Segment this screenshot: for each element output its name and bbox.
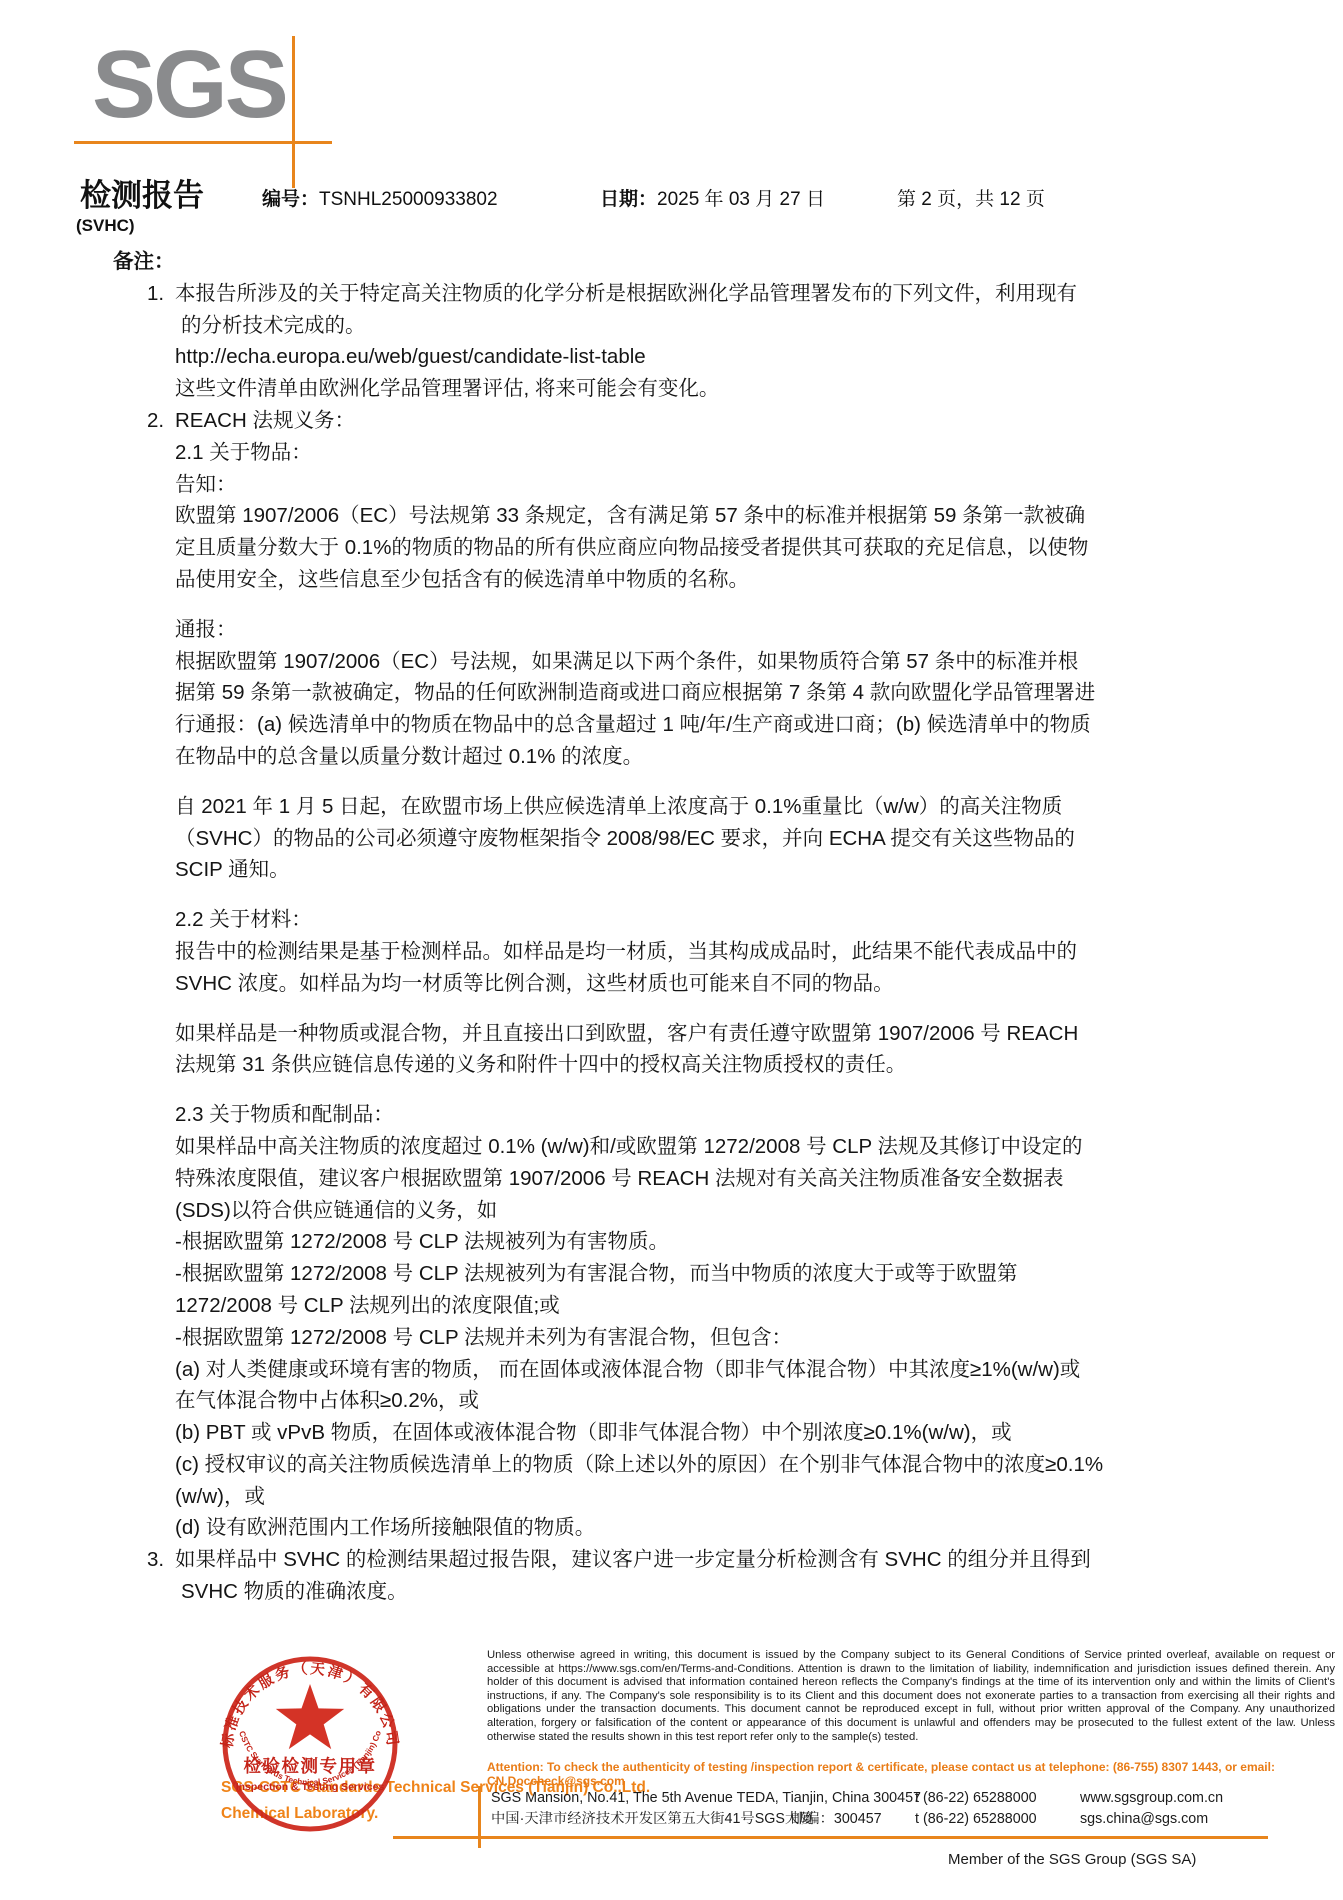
body-line-text: REACH 法规义务： (175, 409, 355, 432)
body-line-text: (w/w)，或 (175, 1485, 265, 1508)
body-line-text: SVHC 浓度。如样品为均一材质等比例合测，这些材质也可能来自不同的物品。 (175, 972, 894, 995)
body-line (0, 886, 1343, 904)
address-crop-mark-vertical (478, 1786, 481, 1848)
body-line-text: 的分析技术完成的。 (181, 314, 366, 337)
body-line-text: 根据欧盟第 1907/2006（EC）号法规，如果满足以下两个条件，如果物质符合… (175, 650, 1078, 673)
body-line: (w/w)，或 (175, 1481, 1343, 1513)
body-line-text: -根据欧盟第 1272/2008 号 CLP 法规被列为有害混合物，而当中物质的… (175, 1262, 1018, 1285)
body-line: 自 2021 年 1 月 5 日起，在欧盟市场上供应候选清单上浓度高于 0.1%… (175, 791, 1343, 823)
list-number: 3. (147, 1544, 175, 1576)
notes-body: 备注：1.本报告所涉及的关于特定高关注物质的化学分析是根据欧洲化学品管理署发布的… (0, 246, 1343, 1608)
page-indicator: 第 2 页，共 12 页 (897, 184, 1045, 211)
body-line-text: SVHC 物质的准确浓度。 (181, 1580, 408, 1603)
address-block: SGS Mansion, No.41, The 5th Avenue TEDA,… (491, 1788, 1335, 1830)
body-line-text: (SDS)以符合供应链通信的义务，如 (175, 1199, 497, 1222)
body-line: SVHC 物质的准确浓度。 (181, 1576, 1343, 1608)
logo-crop-mark-horizontal (74, 141, 332, 144)
body-line-text: 特殊浓度限值，建议客户根据欧盟第 1907/2006 号 REACH 法规对有关… (175, 1167, 1063, 1190)
body-line: 告知： (175, 469, 1343, 501)
report-date-value: 2025 年 03 月 27 日 (657, 189, 825, 210)
report-number: 编号：TSNHL25000933802 (262, 184, 498, 211)
body-line-text: 如果样品中 SVHC 的检测结果超过报告限，建议客户进一步定量分析检测含有 SV… (175, 1548, 1091, 1571)
sgs-group-member-note: Member of the SGS Group (SGS SA) (948, 1851, 1196, 1868)
body-line: 这些文件清单由欧洲化学品管理署评估, 将来可能会有变化。 (175, 373, 1343, 405)
body-line: 2.REACH 法规义务： (147, 405, 1343, 437)
body-line: 的分析技术完成的。 (181, 310, 1343, 342)
body-line-text: 法规第 31 条供应链信息传递的义务和附件十四中的授权高关注物质授权的责任。 (175, 1053, 906, 1076)
body-line: 欧盟第 1907/2006（EC）号法规第 33 条规定，含有满足第 57 条中… (175, 500, 1343, 532)
body-line: 备注： (113, 246, 1343, 278)
logo-crop-mark-vertical (292, 36, 295, 188)
body-line-text: 据第 59 条第一款被确定，物品的任何欧洲制造商或进口商应根据第 7 条第 4 … (175, 681, 1095, 704)
footer-crop-mark-horizontal (393, 1836, 1268, 1839)
body-line-text: 品使用安全，这些信息至少包括含有的候选清单中物质的名称。 (175, 568, 749, 591)
body-line: 在气体混合物中占体积≥0.2%，或 (175, 1385, 1343, 1417)
body-line-text: (b) PBT 或 vPvB 物质，在固体或液体混合物（即非气体混合物）中个别浓… (175, 1421, 1012, 1444)
email: sgs.china@sgs.com (1080, 1809, 1208, 1830)
body-line-text: 2.3 关于物质和配制品： (175, 1103, 394, 1126)
stamp-star-icon (276, 1684, 344, 1749)
body-line: 据第 59 条第一款被确定，物品的任何欧洲制造商或进口商应根据第 7 条第 4 … (175, 677, 1343, 709)
body-line: SCIP 通知。 (175, 854, 1343, 886)
authenticity-attention-note: Attention: To check the authenticity of … (487, 1760, 1337, 1788)
report-number-value: TSNHL25000933802 (319, 189, 498, 210)
body-line: 行通报：(a) 候选清单中的物质在物品中的总含量超过 1 吨/年/生产商或进口商… (175, 709, 1343, 741)
body-line-text: 在气体混合物中占体积≥0.2%，或 (175, 1389, 479, 1412)
report-date-label: 日期： (600, 189, 657, 210)
sgs-logo: SGS (92, 30, 286, 140)
body-line-text: 如果样品中高关注物质的浓度超过 0.1% (w/w)和/或欧盟第 1272/20… (175, 1135, 1082, 1158)
body-line-text: http://echa.europa.eu/web/guest/candidat… (175, 345, 646, 368)
body-line: 品使用安全，这些信息至少包括含有的候选清单中物质的名称。 (175, 564, 1343, 596)
body-line-text: 如果样品是一种物质或混合物，并且直接出口到欧盟，客户有责任遵守欧盟第 1907/… (175, 1022, 1078, 1045)
address-row-cn: 中国·天津市经济技术开发区第五大街41号SGS大厦邮编：300457 t (86… (491, 1809, 1335, 1830)
body-line-text: SCIP 通知。 (175, 858, 290, 881)
body-line-text: 定且质量分数大于 0.1%的物质的物品的所有供应商应向物品接受者提供其可获取的充… (175, 536, 1088, 559)
body-line: 2.3 关于物质和配制品： (175, 1099, 1343, 1131)
body-line: 2.1 关于物品： (175, 437, 1343, 469)
body-line-text: -根据欧盟第 1272/2008 号 CLP 法规被列为有害物质。 (175, 1230, 669, 1253)
address-cn: 中国·天津市经济技术开发区第五大街41号SGS大厦 (491, 1809, 791, 1830)
body-line: 2.2 关于材料： (175, 904, 1343, 936)
body-line: SVHC 浓度。如样品为均一材质等比例合测，这些材质也可能来自不同的物品。 (175, 968, 1343, 1000)
report-subtitle: (SVHC) (76, 216, 135, 236)
body-line-text: 报告中的检测结果是基于检测样品。如样品是均一材质，当其构成成品时，此结果不能代表… (175, 940, 1077, 963)
body-line-text: 自 2021 年 1 月 5 日起，在欧盟市场上供应候选清单上浓度高于 0.1%… (175, 795, 1062, 818)
body-line (0, 596, 1343, 614)
phone-1: t (86-22) 65288000 (915, 1788, 1080, 1809)
body-line-text: 在物品中的总含量以质量分数计超过 0.1% 的浓度。 (175, 745, 643, 768)
body-line: 在物品中的总含量以质量分数计超过 0.1% 的浓度。 (175, 741, 1343, 773)
list-number: 2. (147, 405, 175, 437)
body-line: 根据欧盟第 1907/2006（EC）号法规，如果满足以下两个条件，如果物质符合… (175, 646, 1343, 678)
body-line: 特殊浓度限值，建议客户根据欧盟第 1907/2006 号 REACH 法规对有关… (175, 1163, 1343, 1195)
body-line: -根据欧盟第 1272/2008 号 CLP 法规被列为有害物质。 (175, 1226, 1343, 1258)
body-line: 法规第 31 条供应链信息传递的义务和附件十四中的授权高关注物质授权的责任。 (175, 1049, 1343, 1081)
body-line-text: 1272/2008 号 CLP 法规列出的浓度限值;或 (175, 1294, 560, 1317)
body-line: 报告中的检测结果是基于检测样品。如样品是均一材质，当其构成成品时，此结果不能代表… (175, 936, 1343, 968)
body-line-text: 这些文件清单由欧洲化学品管理署评估, 将来可能会有变化。 (175, 377, 719, 400)
body-line-text: 通报： (175, 618, 237, 641)
report-title: 检测报告 (80, 170, 204, 215)
body-line-text: (a) 对人类健康或环境有害的物质， 而在固体或液体混合物（即非气体混合物）中其… (175, 1358, 1080, 1381)
body-line: (d) 设有欧洲范围内工作场所接触限值的物质。 (175, 1512, 1343, 1544)
body-line: http://echa.europa.eu/web/guest/candidat… (175, 341, 1343, 373)
body-line-text: 2.1 关于物品： (175, 441, 312, 464)
phone-2: t (86-22) 65288000 (915, 1809, 1080, 1830)
body-line (0, 1081, 1343, 1099)
body-line (0, 773, 1343, 791)
body-line-text: （SVHC）的物品的公司必须遵守废物框架指令 2008/98/EC 要求，并向 … (175, 827, 1075, 850)
body-line: 1.本报告所涉及的关于特定高关注物质的化学分析是根据欧洲化学品管理署发布的下列文… (147, 278, 1343, 310)
body-line-text: 告知： (175, 473, 237, 496)
legal-disclaimer: Unless otherwise agreed in writing, this… (487, 1649, 1335, 1744)
body-line: 3.如果样品中 SVHC 的检测结果超过报告限，建议客户进一步定量分析检测含有 … (147, 1544, 1343, 1576)
body-line-text: 2.2 关于材料： (175, 908, 312, 931)
body-line: 如果样品中高关注物质的浓度超过 0.1% (w/w)和/或欧盟第 1272/20… (175, 1131, 1343, 1163)
body-line-text: (d) 设有欧洲范围内工作场所接触限值的物质。 (175, 1516, 595, 1539)
report-number-label: 编号： (262, 189, 319, 210)
body-line: （SVHC）的物品的公司必须遵守废物框架指令 2008/98/EC 要求，并向 … (175, 823, 1343, 855)
body-line-text: (c) 授权审议的高关注物质候选清单上的物质（除上述以外的原因）在个别非气体混合… (175, 1453, 1103, 1476)
body-line-text: 行通报：(a) 候选清单中的物质在物品中的总含量超过 1 吨/年/生产商或进口商… (175, 713, 1091, 736)
body-line: 定且质量分数大于 0.1%的物质的物品的所有供应商应向物品接受者提供其可获取的充… (175, 532, 1343, 564)
body-line: -根据欧盟第 1272/2008 号 CLP 法规被列为有害混合物，而当中物质的… (175, 1258, 1343, 1290)
body-line: (a) 对人类健康或环境有害的物质， 而在固体或液体混合物（即非气体混合物）中其… (175, 1354, 1343, 1386)
body-line-text: 本报告所涉及的关于特定高关注物质的化学分析是根据欧洲化学品管理署发布的下列文件，… (175, 282, 1077, 305)
body-line-text: 备注： (113, 250, 175, 273)
body-line: 如果样品是一种物质或混合物，并且直接出口到欧盟，客户有责任遵守欧盟第 1907/… (175, 1018, 1343, 1050)
address-row-en: SGS Mansion, No.41, The 5th Avenue TEDA,… (491, 1788, 1335, 1809)
report-page: SGS 检测报告 (SVHC) 编号：TSNHL25000933802 日期：2… (0, 0, 1343, 1900)
address-en: SGS Mansion, No.41, The 5th Avenue TEDA,… (491, 1788, 915, 1809)
list-number: 1. (147, 278, 175, 310)
report-date: 日期：2025 年 03 月 27 日 (600, 184, 825, 211)
body-line: (SDS)以符合供应链通信的义务，如 (175, 1195, 1343, 1227)
inspection-stamp: 标准技术服务（天津）有限公司 检验检测专用章 Inspection & Test… (215, 1652, 405, 1837)
body-line-text: 欧盟第 1907/2006（EC）号法规第 33 条规定，含有满足第 57 条中… (175, 504, 1085, 527)
body-line-text: -根据欧盟第 1272/2008 号 CLP 法规并未列为有害混合物，但包含： (175, 1326, 792, 1349)
body-line: 1272/2008 号 CLP 法规列出的浓度限值;或 (175, 1290, 1343, 1322)
website: www.sgsgroup.com.cn (1080, 1788, 1223, 1809)
body-line (0, 1000, 1343, 1018)
postcode: 邮编：300457 (791, 1809, 882, 1830)
address-cn-wrap: 中国·天津市经济技术开发区第五大街41号SGS大厦邮编：300457 (491, 1809, 915, 1830)
body-line: 通报： (175, 614, 1343, 646)
body-line: (c) 授权审议的高关注物质候选清单上的物质（除上述以外的原因）在个别非气体混合… (175, 1449, 1343, 1481)
body-line: -根据欧盟第 1272/2008 号 CLP 法规并未列为有害混合物，但包含： (175, 1322, 1343, 1354)
body-line: (b) PBT 或 vPvB 物质，在固体或液体混合物（即非气体混合物）中个别浓… (175, 1417, 1343, 1449)
